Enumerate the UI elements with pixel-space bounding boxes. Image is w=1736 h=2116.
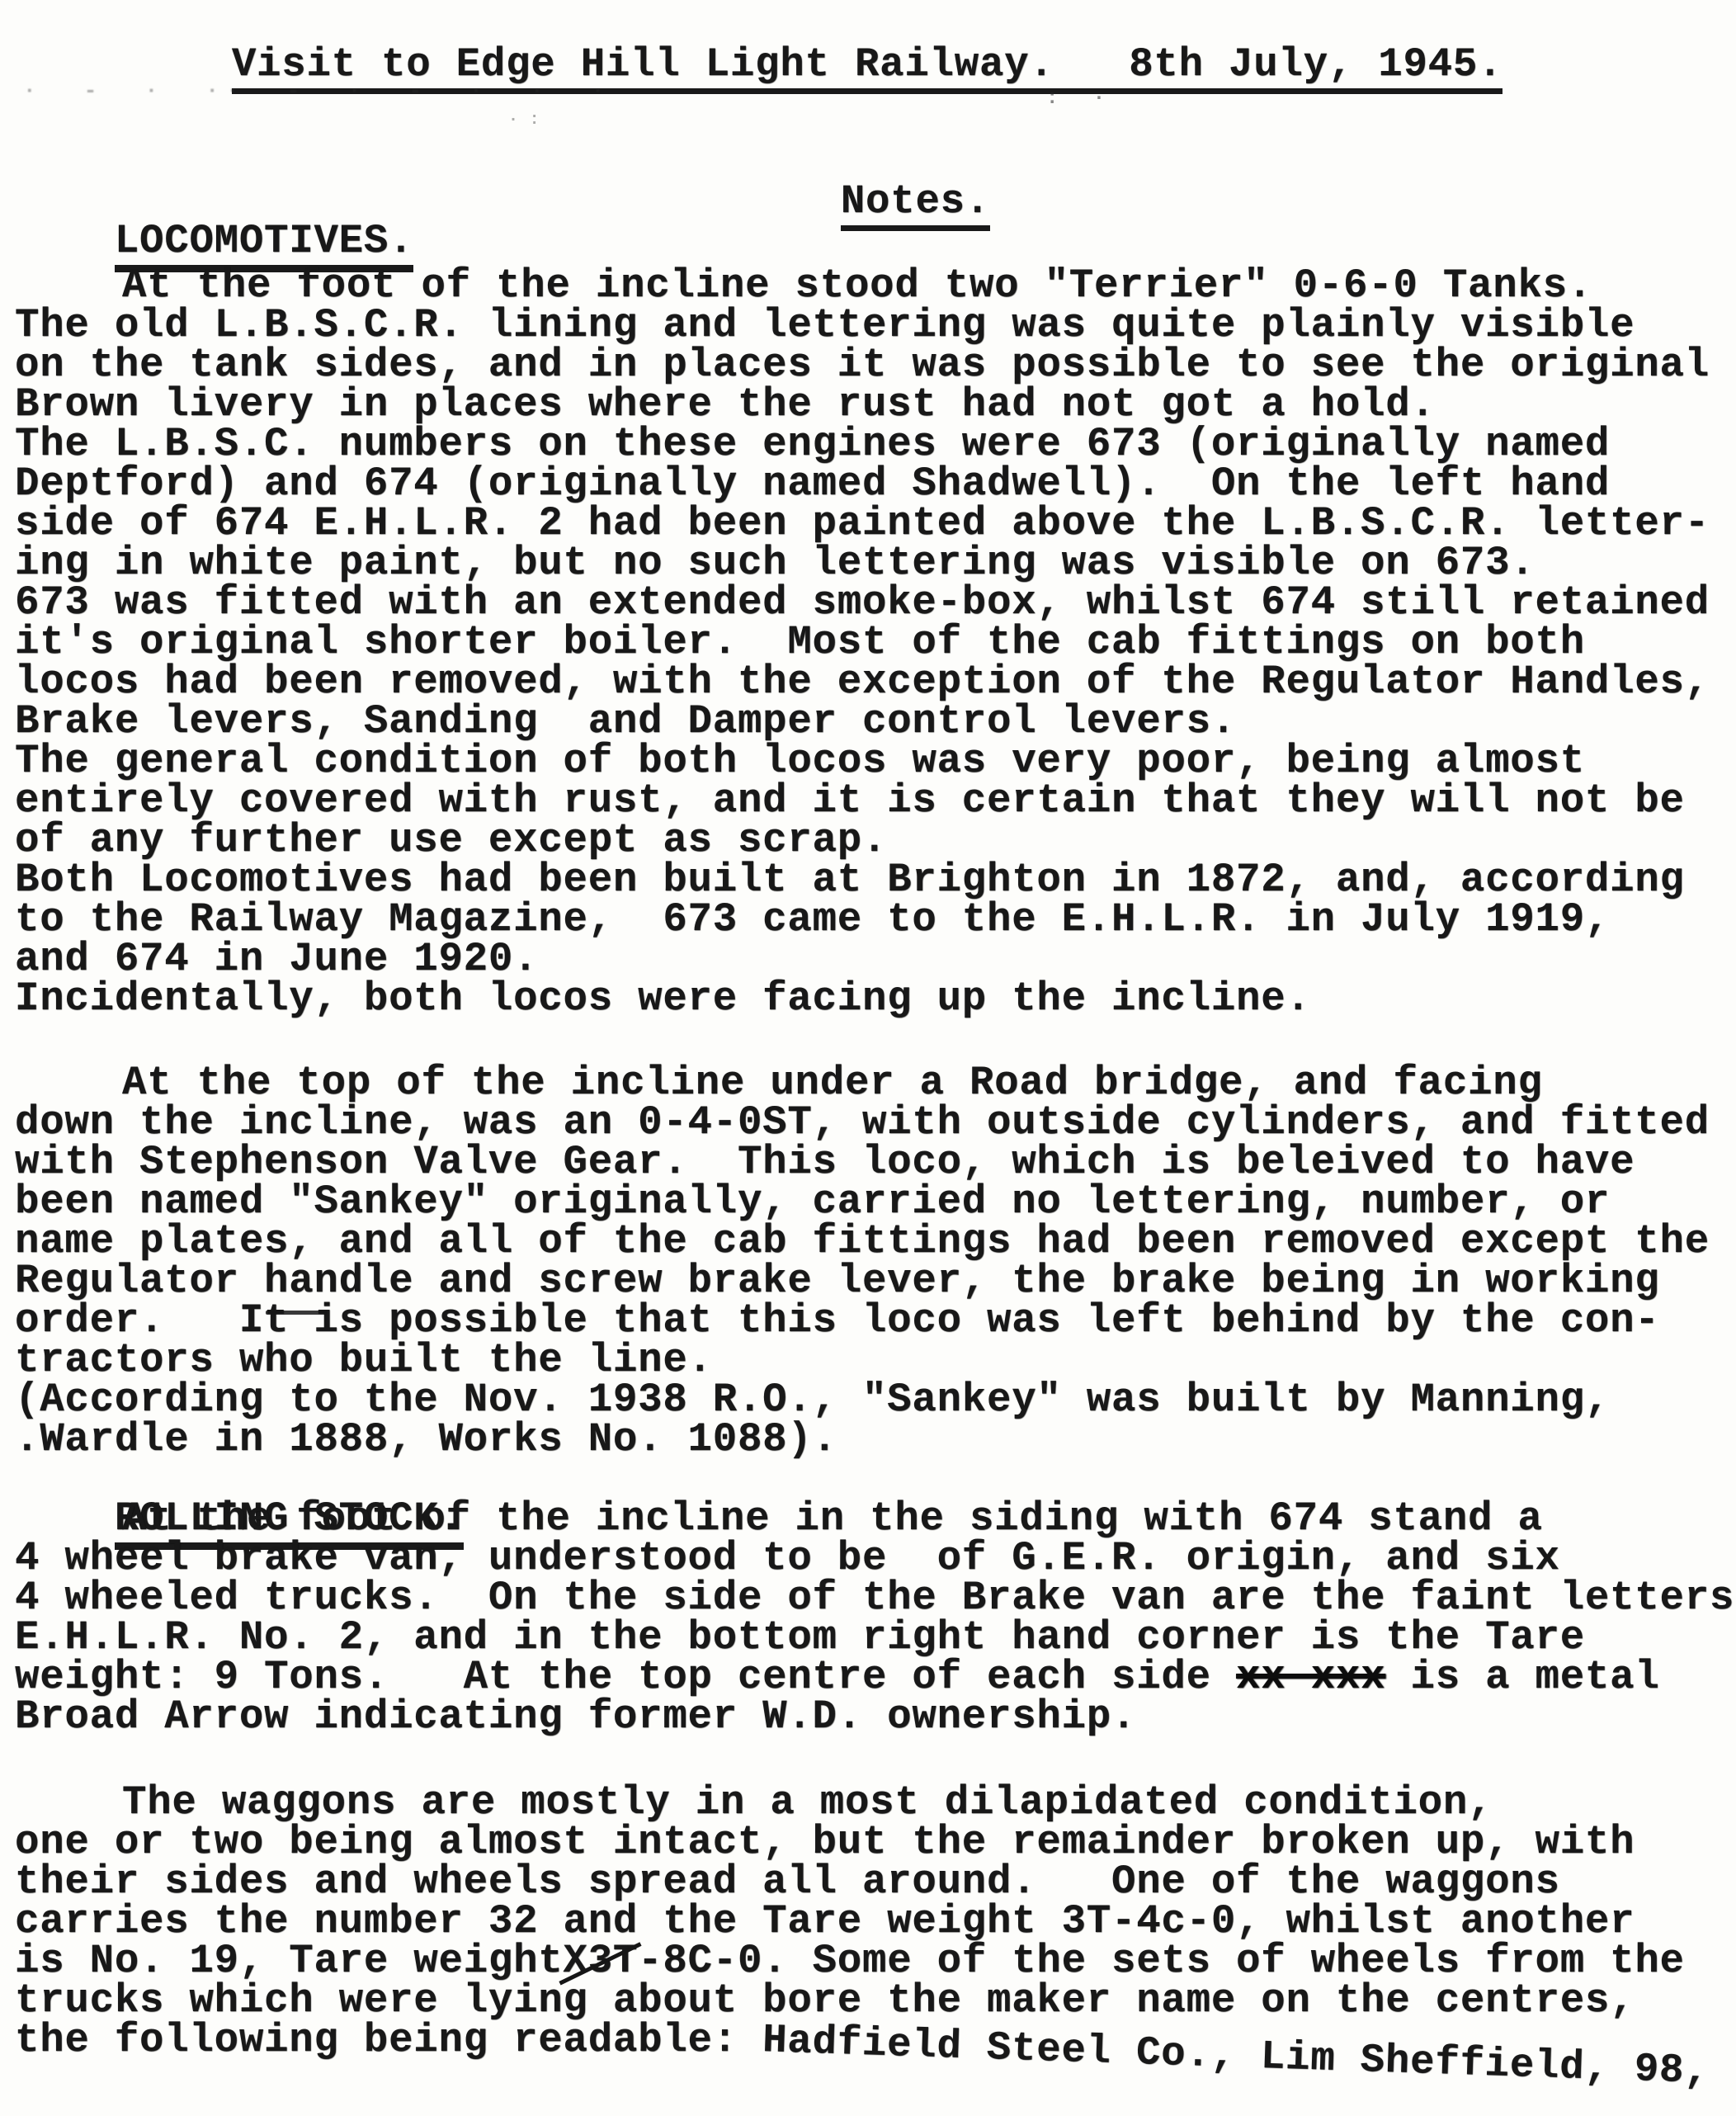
text-line: E.H.L.R. No. 2, and in the bottom right … — [15, 1618, 1736, 1657]
text-line: to the Railway Magazine, 673 came to the… — [15, 900, 1736, 939]
text-line: The L.B.S.C. numbers on these engines we… — [15, 424, 1736, 464]
text-line: it's original shorter boiler. Most of th… — [15, 622, 1736, 662]
text-line: The general condition of both locos was … — [15, 741, 1736, 781]
text-line: name plates, and all of the cab fittings… — [15, 1221, 1736, 1261]
struck-out-text: xx xxx — [1236, 1654, 1385, 1700]
text-line: The waggons are mostly in a most dilapid… — [15, 1783, 1736, 1822]
text-line: carries the number 32 and the Tare weigh… — [15, 1901, 1736, 1941]
text-line: on the tank sides, and in places it was … — [15, 345, 1736, 385]
text-line: and 674 in June 1920. — [15, 939, 1736, 979]
text-line: one or two being almost intact, but the … — [15, 1822, 1736, 1862]
text-line: Broad Arrow indicating former W.D. owner… — [15, 1697, 1736, 1736]
text-line: entirely covered with rust, and it is ce… — [15, 781, 1736, 820]
text-line: 4 wheel brake van, understood to be of G… — [15, 1538, 1736, 1578]
text-line: with Stephenson Valve Gear. This loco, w… — [15, 1142, 1736, 1182]
text-line: side of 674 E.H.L.R. 2 had been painted … — [15, 503, 1736, 543]
text-line: Brown livery in places where the rust ha… — [15, 385, 1736, 424]
stray-underline-mark — [266, 1311, 327, 1315]
text-line: locos had been removed, with the excepti… — [15, 662, 1736, 701]
text-line: Incidentally, both locos were facing up … — [15, 979, 1736, 1018]
text-line: their sides and wheels spread all around… — [15, 1862, 1736, 1901]
document-subtitle: Notes. — [741, 142, 1736, 182]
text-line: weight: 9 Tons. At the top centre of eac… — [15, 1657, 1736, 1697]
text-line: 4 wheeled trucks. On the side of the Bra… — [15, 1578, 1736, 1618]
text-line: .Wardle in 1888, Works No. 1088). — [15, 1419, 1736, 1459]
text-line: Brake levers, Sanding and Damper control… — [15, 701, 1736, 741]
struck-out-text: X3T — [564, 1941, 639, 1981]
text-line: (According to the Nov. 1938 R.O., "Sanke… — [15, 1380, 1736, 1419]
section-heading-rolling-stock: ROLLING STOCK. — [15, 1459, 1736, 1499]
text-line: Both Locomotives had been built at Brigh… — [15, 860, 1736, 900]
text-run: Incidentally, both locos were facing up … — [15, 975, 1311, 1022]
text-line: The old L.B.S.C.R. lining and lettering … — [15, 305, 1736, 345]
paragraph: At the top of the incline under a Road b… — [15, 1063, 1736, 1459]
text-run: Broad Arrow indicating former W.D. owner… — [15, 1693, 1136, 1740]
text-line: Deptford) and 674 (originally named Shad… — [15, 464, 1736, 503]
text-line: down the incline, was an 0-4-0ST, with o… — [15, 1103, 1736, 1142]
paragraph: At the foot of the incline in the siding… — [15, 1499, 1736, 1736]
text-run: .Wardle in 1888, Works No. 1088). — [15, 1416, 837, 1462]
document-page: · - · ·· - · - · · · : · · : Visit to Ed… — [0, 0, 1736, 2116]
text-line: ing in white paint, but no such letterin… — [15, 543, 1736, 583]
text-line: 673 was fitted with an extended smoke-bo… — [15, 583, 1736, 622]
text-line: of any further use except as scrap. — [15, 820, 1736, 860]
text-run: is a metal — [1385, 1654, 1659, 1700]
text-line: is No. 19, Tare weightX3T-8C-0. Some of … — [15, 1941, 1736, 1981]
section-rolling-stock-body: At the foot of the incline in the siding… — [15, 1499, 1736, 2060]
text-line: At the foot of the incline stood two "Te… — [15, 266, 1736, 305]
section-locomotives-body: At the foot of the incline stood two "Te… — [15, 266, 1736, 1459]
text-line: trucks which were lying about bore the m… — [15, 1981, 1736, 2020]
text-line: At the top of the incline under a Road b… — [15, 1063, 1736, 1103]
text-line: Regulator handle and screw brake lever, … — [15, 1261, 1736, 1301]
paragraph: The waggons are mostly in a most dilapid… — [15, 1783, 1736, 2060]
paragraph: At the foot of the incline stood two "Te… — [15, 266, 1736, 1018]
document-title: Visit to Edge Hill Light Railway. 8th Ju… — [132, 5, 1736, 45]
text-line: At the foot of the incline in the siding… — [15, 1499, 1736, 1538]
text-run: the following being readable: — [15, 2017, 762, 2063]
ink-speck: · : — [508, 101, 540, 140]
document-subtitle-text: Notes. — [841, 178, 990, 231]
text-line: tractors who built the line. — [15, 1340, 1736, 1380]
text-line: order. It is possible that this loco was… — [15, 1301, 1736, 1340]
text-line: been named "Sankey" originally, carried … — [15, 1182, 1736, 1221]
drooping-text: Hadfield Steel Co., Lim Sheffield, 98, — [762, 2020, 1710, 2091]
ink-speck: : · — [1046, 79, 1116, 119]
text-line: the following being readable: Hadfield S… — [15, 2020, 1736, 2060]
